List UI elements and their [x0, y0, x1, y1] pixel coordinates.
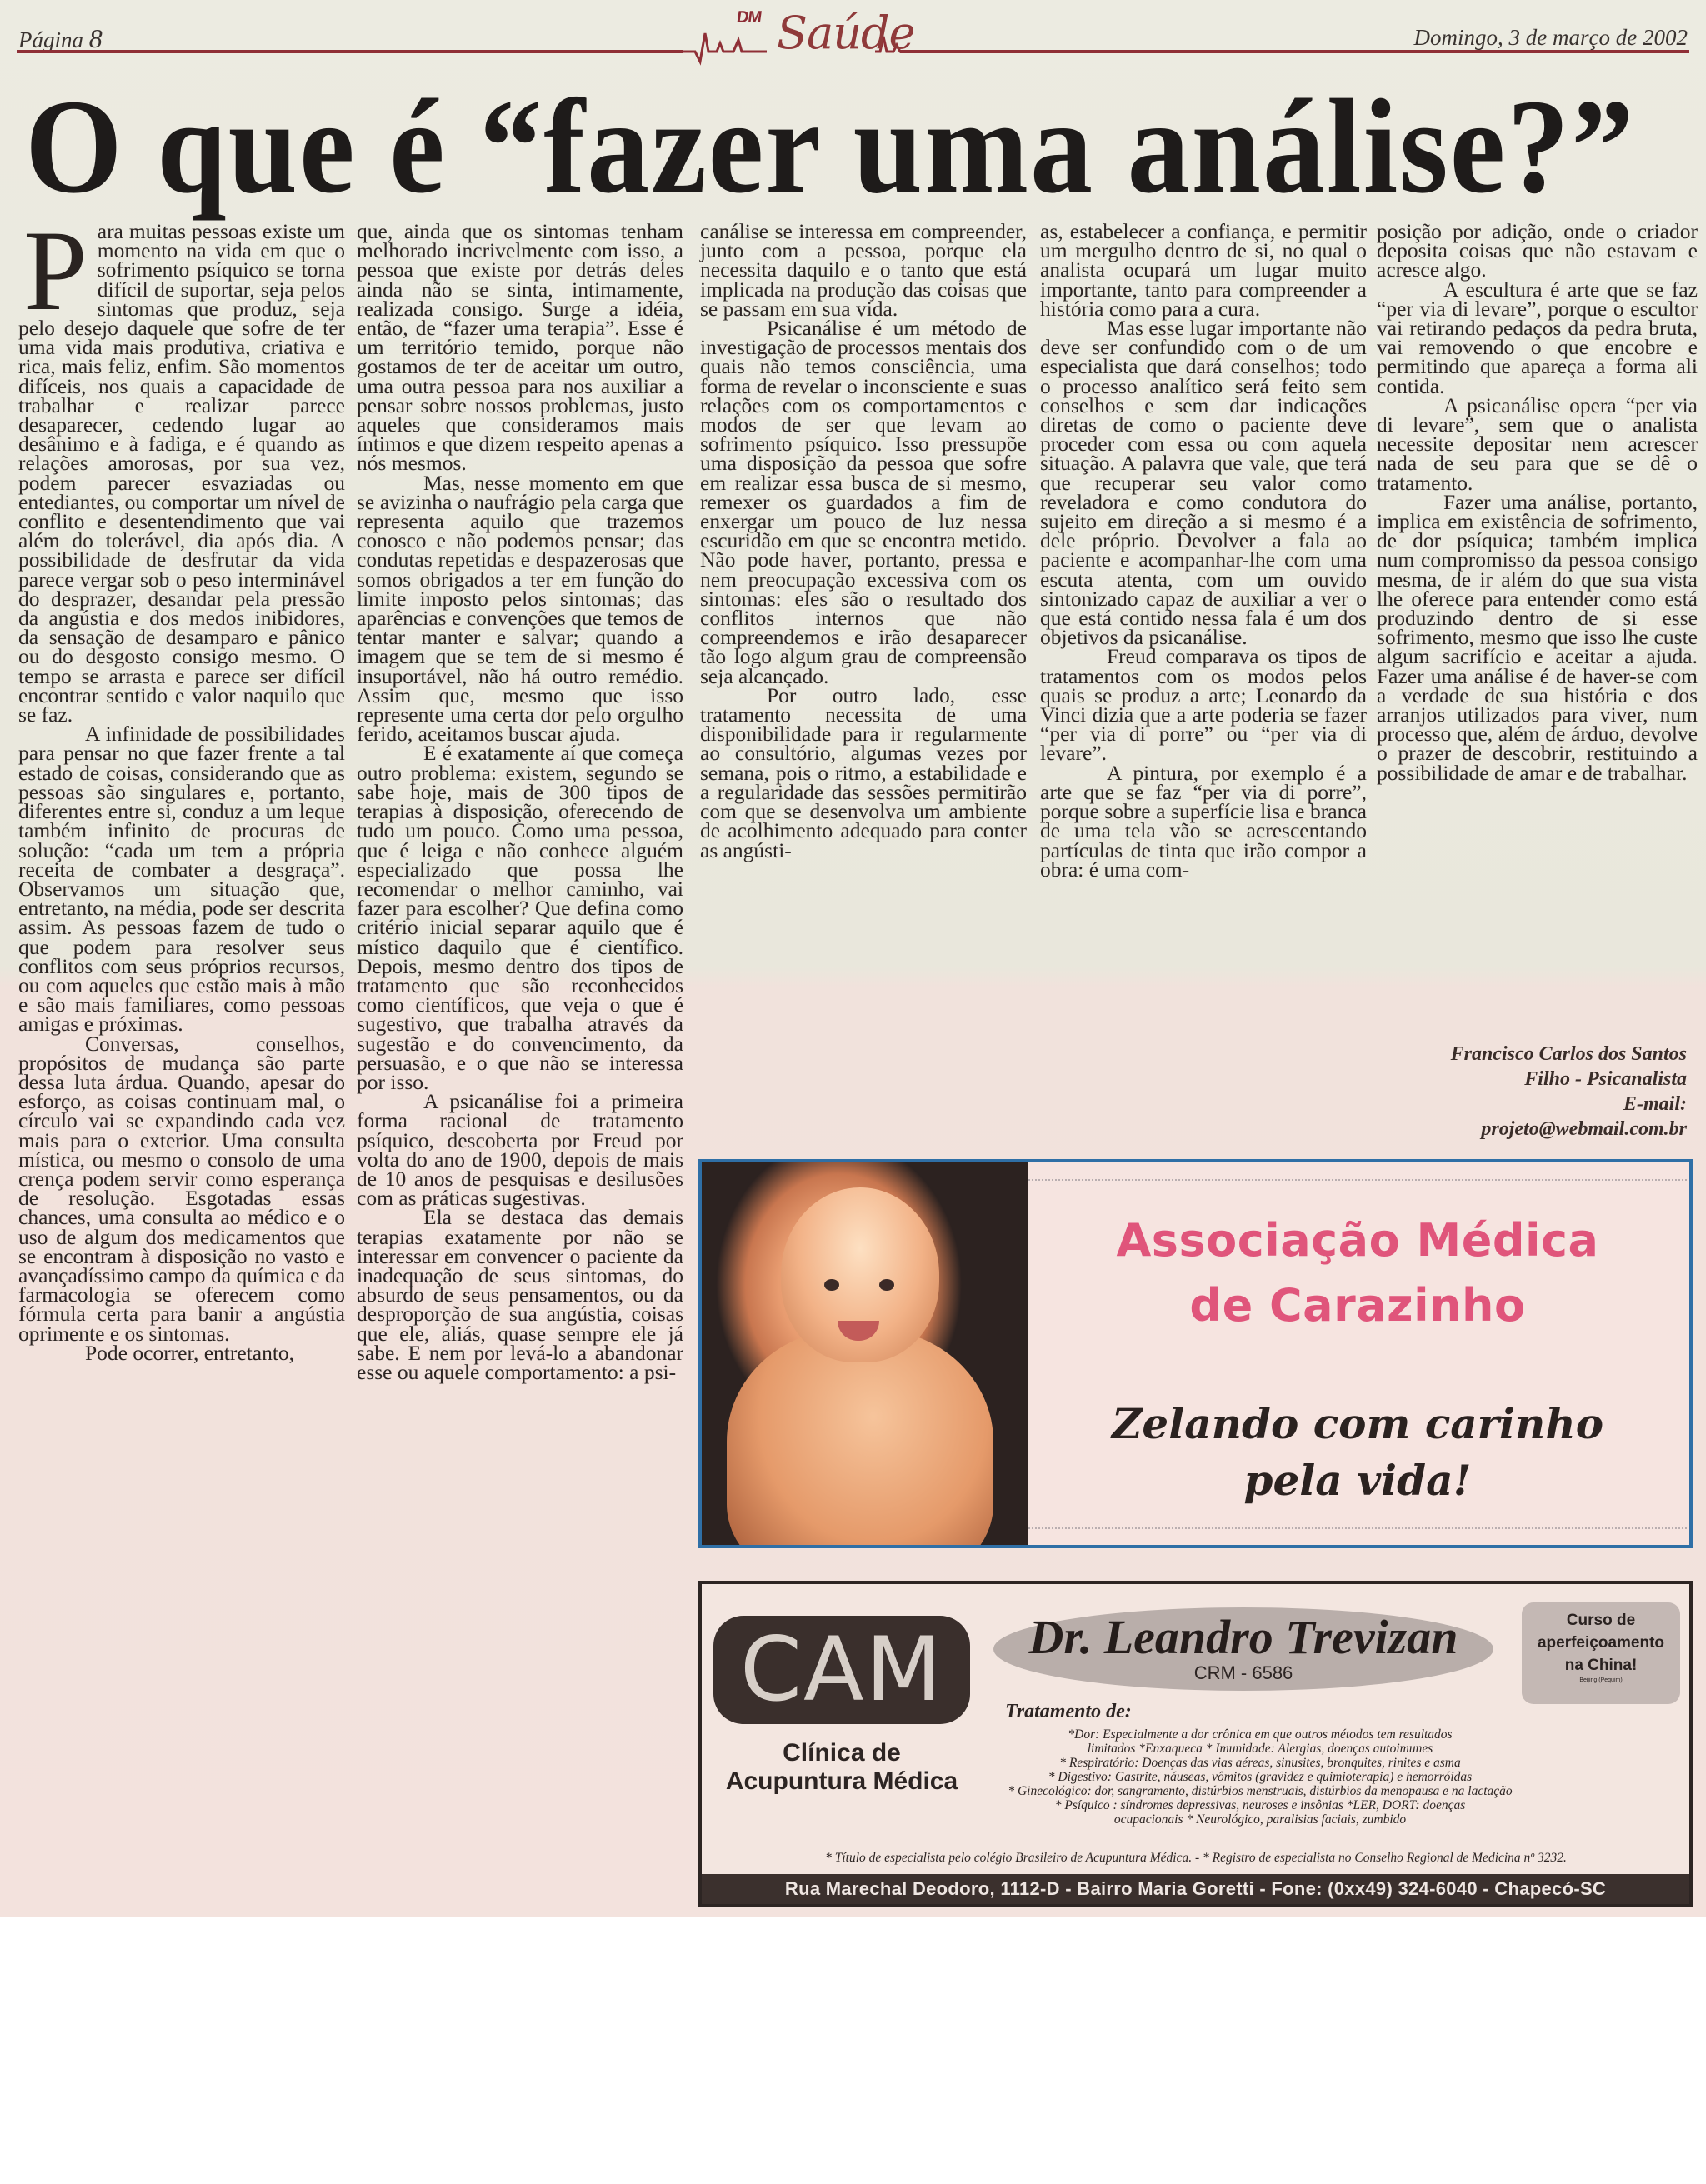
paragraph: A pintura, por exemplo é a arte que se f… [1040, 763, 1367, 879]
paragraph: Ela se destaca das demais terapias exata… [357, 1207, 683, 1382]
treatment-item: ocupacionais * Neurológico, paralisias f… [968, 1812, 1552, 1827]
paragraph: Mas esse lugar importante não deve ser c… [1040, 318, 1367, 647]
paragraph: que, ainda que os sintomas tenham melhor… [357, 222, 683, 473]
ad-associacao-medica: Associação Médica de Carazinho Zelando c… [698, 1159, 1693, 1548]
cam-logo-text: CAM [713, 1621, 970, 1719]
clinic-address-bar: Rua Marechal Deodoro, 1112-D - Bairro Ma… [702, 1874, 1689, 1904]
article-column-5: posição por adição, onde o criador depos… [1377, 222, 1698, 782]
paragraph: canálise se interessa em compreender, ju… [700, 222, 1027, 318]
paragraph: Pode ocorrer, entretanto, [18, 1343, 345, 1362]
slogan-line2: pela vida! [1028, 1456, 1687, 1505]
treatment-heading: Tratamento de: [1005, 1701, 1132, 1723]
paragraph: posição por adição, onde o criador depos… [1377, 222, 1698, 280]
article-column-1: Para muitas pessoas existe um momento na… [18, 222, 345, 1362]
article-column-3: canálise se interessa em compreender, ju… [700, 222, 1027, 860]
treatment-item: *Dor: Especialmente a dor crônica em que… [968, 1727, 1552, 1742]
paragraph: Mas, nesse momento em que se avizinha o … [357, 473, 683, 744]
doctor-name: Dr. Leandro Trevizan [993, 1612, 1493, 1662]
badge-small: Beijing (Pequim) [1522, 1677, 1680, 1685]
paragraph: Para muitas pessoas existe um momento na… [18, 222, 345, 724]
badge-line3: na China! [1522, 1654, 1680, 1677]
treatment-item: limitados *Enxaqueca * Imunidade: Alergi… [968, 1742, 1552, 1756]
cam-logo: CAM [713, 1616, 970, 1724]
author-email: projeto@webmail.com.br [1377, 1117, 1687, 1142]
badge-line1: Curso de [1522, 1609, 1680, 1632]
section-brand: DM [735, 8, 762, 27]
author-signature: Francisco Carlos dos Santos Filho - Psic… [1377, 1042, 1687, 1142]
clinic-name: Clínica de Acupuntura Médica [713, 1739, 970, 1796]
section-logo: DM Saúde [683, 0, 908, 67]
article-column-2: que, ainda que os sintomas tenham melhor… [357, 222, 683, 1382]
crm-number: CRM - 6586 [993, 1662, 1493, 1684]
drop-cap: P [23, 225, 88, 317]
paragraph: Freud comparava os tipos de tratamentos … [1040, 647, 1367, 762]
email-label: E-mail: [1377, 1092, 1687, 1117]
treatment-item: * Psíquico : síndromes depressivas, neur… [968, 1798, 1552, 1812]
author-name: Francisco Carlos dos Santos [1377, 1042, 1687, 1067]
paragraph: Fazer uma análise, portanto, implica em … [1377, 492, 1698, 782]
paragraph: A escultura é arte que se faz “per via d… [1377, 280, 1698, 396]
page-number-value: 8 [89, 23, 103, 53]
header-rule-left [17, 50, 683, 53]
paragraph: Conversas, conselhos, propósitos de muda… [18, 1034, 345, 1343]
issue-date: Domingo, 3 de março de 2002 [1414, 25, 1688, 51]
paragraph: A infinidade de possibilidades para pens… [18, 724, 345, 1033]
china-course-badge: Curso de aperfeiçoamento na China! Beiji… [1522, 1602, 1680, 1704]
mouth-icon [838, 1321, 879, 1341]
treatment-item: * Respiratório: Doenças das vias aéreas,… [968, 1756, 1552, 1770]
section-name: Saúde [777, 7, 915, 59]
treatment-item: * Digestivo: Gastrite, náuseas, vômitos … [968, 1770, 1552, 1784]
ad-text-panel: Associação Médica de Carazinho Zelando c… [1028, 1179, 1687, 1529]
org-name-line2: de Carazinho [1028, 1279, 1687, 1332]
baby-head-shape [781, 1187, 939, 1362]
credentials-footnote: * Título de especialista pelo colégio Br… [708, 1851, 1683, 1866]
treatment-item: * Ginecológico: dor, sangramento, distúr… [968, 1784, 1552, 1798]
slogan-line1: Zelando com carinho [1028, 1399, 1687, 1448]
eye-icon [879, 1279, 894, 1291]
ad-cam-clinic: CAM Clínica de Acupuntura Médica Dr. Lea… [698, 1581, 1693, 1907]
eye-icon [824, 1279, 839, 1291]
author-title: Filho - Psicanalista [1377, 1067, 1687, 1092]
baby-photo [702, 1162, 1028, 1545]
paragraph: as, estabelecer a confiança, e permitir … [1040, 222, 1367, 318]
treatment-list: *Dor: Especialmente a dor crônica em que… [968, 1727, 1552, 1827]
page-label: Página [18, 27, 83, 52]
article-column-4: as, estabelecer a confiança, e permitir … [1040, 222, 1367, 879]
badge-line2: aperfeiçoamento [1522, 1632, 1680, 1654]
clinic-name-line1: Clínica de [713, 1739, 970, 1767]
org-name-line1: Associação Médica [1028, 1214, 1687, 1267]
article-title: O que é “fazer uma análise?” [25, 79, 1692, 214]
paragraph: E é exatamente aí que começa outro probl… [357, 743, 683, 1092]
paragraph: A psicanálise opera “per via di levare”,… [1377, 396, 1698, 492]
paragraph: Psicanálise é um método de investigação … [700, 318, 1027, 686]
paragraph: Por outro lado, esse tratamento necessit… [700, 686, 1027, 860]
clinic-name-line2: Acupuntura Médica [713, 1767, 970, 1796]
paragraph: A psicanálise foi a primeira forma racio… [357, 1092, 683, 1207]
